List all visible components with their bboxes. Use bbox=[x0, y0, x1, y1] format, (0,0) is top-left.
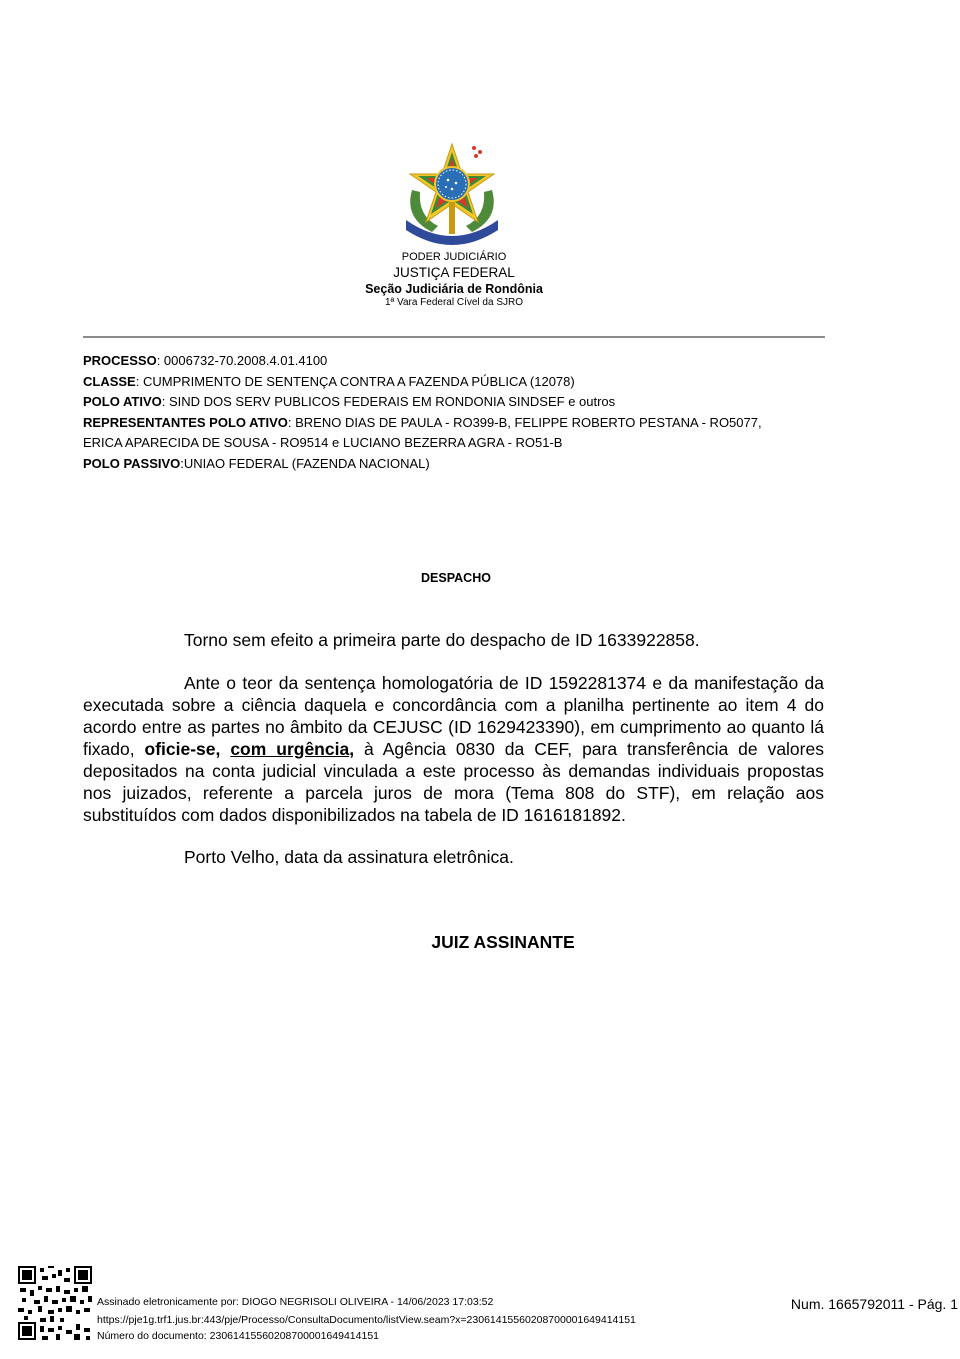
header-justica-federal: JUSTIÇA FEDERAL bbox=[0, 265, 908, 280]
meta-polo-ativo-label: POLO ATIVO bbox=[83, 394, 162, 409]
paragraph-3: Porto Velho, data da assinatura eletrôni… bbox=[83, 846, 824, 868]
meta-processo: PROCESSO: 0006732-70.2008.4.01.4100 bbox=[83, 351, 327, 372]
paragraph-2-bold: oficie-se bbox=[145, 739, 216, 759]
header-poder-judiciario: PODER JUDICIÁRIO bbox=[0, 251, 908, 263]
paragraph-1: Torno sem efeito a primeira parte do des… bbox=[83, 629, 824, 651]
meta-representantes-cont: ERICA APARECIDA DE SOUSA - RO9514 e LUCI… bbox=[83, 433, 562, 454]
paragraph-2: Ante o teor da sentença homologatória de… bbox=[83, 672, 824, 826]
meta-representantes-label: REPRESENTANTES POLO ATIVO bbox=[83, 415, 288, 430]
qr-code-icon bbox=[18, 1266, 92, 1340]
meta-polo-passivo: POLO PASSIVO:UNIAO FEDERAL (FAZENDA NACI… bbox=[83, 454, 430, 475]
signer-title: JUIZ ASSINANTE bbox=[0, 932, 960, 953]
document-number: Número do documento: 2306141556020870000… bbox=[97, 1327, 379, 1345]
document-title: DESPACHO bbox=[0, 571, 912, 585]
signed-by: Assinado eletronicamente por: DIOGO NEGR… bbox=[97, 1293, 493, 1311]
meta-processo-label: PROCESSO bbox=[83, 353, 157, 368]
page-info: Num. 1665792011 - Pág. 1 bbox=[791, 1296, 958, 1312]
paragraph-2-comma: , bbox=[216, 739, 231, 759]
meta-polo-passivo-value: :UNIAO FEDERAL (FAZENDA NACIONAL) bbox=[180, 456, 429, 471]
paragraph-2-underlined: com urgência, bbox=[230, 739, 354, 759]
meta-classe: CLASSE: CUMPRIMENTO DE SENTENÇA CONTRA A… bbox=[83, 372, 575, 393]
meta-classe-label: CLASSE bbox=[83, 374, 136, 389]
meta-polo-ativo-value: : SIND DOS SERV PUBLICOS FEDERAIS EM RON… bbox=[162, 394, 615, 409]
brazil-coat-of-arms-icon bbox=[398, 140, 506, 250]
header-vara: 1ª Vara Federal Cível da SJRO bbox=[0, 297, 908, 308]
header-divider bbox=[83, 336, 825, 338]
meta-representantes: REPRESENTANTES POLO ATIVO: BRENO DIAS DE… bbox=[83, 413, 762, 434]
meta-polo-passivo-label: POLO PASSIVO bbox=[83, 456, 180, 471]
meta-classe-value: : CUMPRIMENTO DE SENTENÇA CONTRA A FAZEN… bbox=[136, 374, 575, 389]
header-secao-judiciaria: Seção Judiciária de Rondônia bbox=[0, 282, 908, 296]
meta-representantes-value: : BRENO DIAS DE PAULA - RO399-B, FELIPPE… bbox=[288, 415, 762, 430]
meta-polo-ativo: POLO ATIVO: SIND DOS SERV PUBLICOS FEDER… bbox=[83, 392, 615, 413]
meta-processo-value: : 0006732-70.2008.4.01.4100 bbox=[157, 353, 328, 368]
